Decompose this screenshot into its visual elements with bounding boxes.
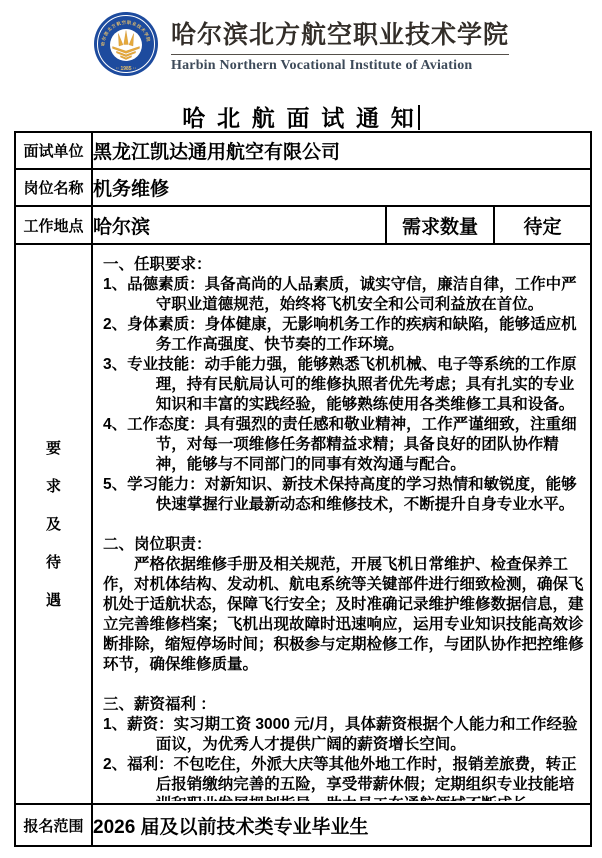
benefit-item: 2、福利：不包吃住，外派大庆等其他外地工作时，报销差旅费，转正后报销缴纳完善的五… <box>103 755 584 801</box>
requirement-item: 1、品德素质：具备高尚的人品素质，诚实守信，廉洁自律，工作中严守职业道德规范，始… <box>103 275 584 315</box>
page-title[interactable]: 哈 北 航 面 试 通 知 <box>182 106 417 131</box>
requirement-item: 4、工作态度：具有强烈的责任感和敬业精神，工作严谨细致，注重细节，对每一项维修任… <box>103 415 584 475</box>
school-name-english: Harbin Northern Vocational Institute of … <box>171 58 509 74</box>
section-heading: 一、任职要求： <box>103 255 584 275</box>
row-work-location: 工作地点 哈尔滨 需求数量 待定 <box>15 206 591 244</box>
requirement-item: 5、学习能力：对新知识、新技术保持高度的学习热情和敏锐度，能够快速掌握行业最新动… <box>103 475 584 515</box>
school-logo-header: 哈尔滨北方航空职业技术学院 ·· 1985 ·· 哈尔滨北方航空职业技术学院 H… <box>0 0 602 77</box>
section-job-duties: 二、岗位职责： 严格依据维修手册及相关规范，开展飞机日常维护、检查保养工作，对机… <box>103 535 584 675</box>
school-emblem-icon: 哈尔滨北方航空职业技术学院 ·· 1985 ·· <box>93 11 159 77</box>
requirements-content-cell: 一、任职要求： 1、品德素质：具备高尚的人品素质，诚实守信，廉洁自律，工作中严守… <box>92 244 591 804</box>
work-location-value[interactable]: 哈尔滨 <box>92 206 386 244</box>
row-interview-unit: 面试单位 黑龙江凯达通用航空有限公司 <box>15 132 591 169</box>
position-name-label: 岗位名称 <box>15 169 92 206</box>
label-char: 要 <box>46 441 61 456</box>
section-job-requirements: 一、任职要求： 1、品德素质：具备高尚的人品素质，诚实守信，廉洁自律，工作中严守… <box>103 255 584 515</box>
logo-divider <box>171 54 509 55</box>
demand-quantity-value[interactable]: 待定 <box>494 206 591 244</box>
signup-scope-value[interactable]: 2026 届及以前技术类专业毕业生 <box>92 804 591 846</box>
document-page: 哈尔滨北方航空职业技术学院 ·· 1985 ·· 哈尔滨北方航空职业技术学院 H… <box>0 0 602 858</box>
section-salary-benefits: 三、薪资福利 ： 1、薪资：实习期工资 3000 元/月，具体薪资根据个人能力和… <box>103 695 584 801</box>
section-heading: 二、岗位职责： <box>103 535 584 555</box>
notice-table: 面试单位 黑龙江凯达通用航空有限公司 岗位名称 机务维修 工作地点 哈尔滨 需求… <box>14 131 592 847</box>
interview-unit-value[interactable]: 黑龙江凯达通用航空有限公司 <box>92 132 591 169</box>
label-char: 遇 <box>46 593 61 608</box>
label-char: 求 <box>46 479 61 494</box>
row-signup-scope: 报名范围 2026 届及以前技术类专业毕业生 <box>15 804 591 846</box>
label-char: 待 <box>46 555 61 570</box>
emblem-year: ·· 1985 ·· <box>116 66 137 72</box>
school-name-chinese: 哈尔滨北方航空职业技术学院 <box>171 15 509 51</box>
requirements-content[interactable]: 一、任职要求： 1、品德素质：具备高尚的人品素质，诚实守信，廉洁自律，工作中严守… <box>93 245 590 801</box>
work-location-label: 工作地点 <box>15 206 92 244</box>
requirements-label-cell: 要 求 及 待 遇 <box>15 244 92 804</box>
row-requirements: 要 求 及 待 遇 一、任职要求： 1、品德素质：具备高尚的人品素质，诚实守信，… <box>15 244 591 804</box>
row-position-name: 岗位名称 机务维修 <box>15 169 591 206</box>
label-char: 及 <box>46 517 61 532</box>
requirements-vertical-label: 要 求 及 待 遇 <box>16 441 91 608</box>
title-row: 哈 北 航 面 试 通 知 <box>0 100 602 132</box>
section-heading: 三、薪资福利 ： <box>103 695 584 715</box>
benefit-item: 1、薪资：实习期工资 3000 元/月，具体薪资根据个人能力和工作经验面议，为优… <box>103 715 584 755</box>
requirement-item: 2、身体素质：身体健康，无影响机务工作的疾病和缺陷，能够适应机务工作高强度、快节… <box>103 315 584 355</box>
position-name-value[interactable]: 机务维修 <box>92 169 591 206</box>
signup-scope-label: 报名范围 <box>15 804 92 846</box>
school-name-block: 哈尔滨北方航空职业技术学院 Harbin Northern Vocational… <box>171 15 509 74</box>
interview-unit-label: 面试单位 <box>15 132 92 169</box>
requirement-item: 3、专业技能：动手能力强，能够熟悉飞机机械、电子等系统的工作原理，持有民航局认可… <box>103 355 584 415</box>
text-cursor <box>418 105 420 130</box>
demand-quantity-label: 需求数量 <box>386 206 494 244</box>
duties-paragraph: 严格依据维修手册及相关规范，开展飞机日常维护、检查保养工作，对机体结构、发动机、… <box>103 555 584 675</box>
